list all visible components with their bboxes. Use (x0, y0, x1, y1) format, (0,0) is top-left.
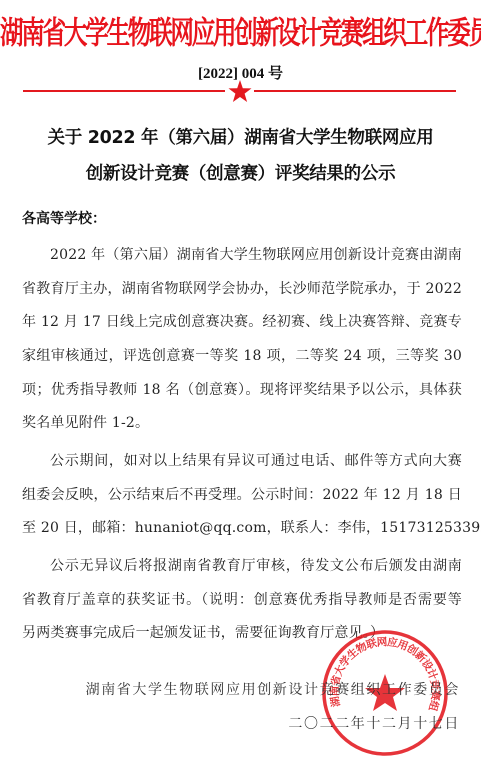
paragraph-3-line-2: 省教育厅盖章的获奖证书。（说明：创意赛优秀指导教师是否需要等 (22, 589, 462, 611)
star-icon (228, 80, 252, 103)
paragraph-2-line-2: 组委会反映，公示结束后不再受理。公示时间：2022 年 12 月 18 日 (22, 484, 462, 506)
signature-organization: 湖南省大学生物联网应用创新设计竞赛组织工作委员会 (86, 679, 460, 699)
paragraph-1-line-3: 年 12 月 17 日线上完成创意赛决赛。经初赛、线上决赛答辩、竞赛专 (22, 311, 462, 333)
document-title-line-1: 关于 2022 年（第六届）湖南省大学生物联网应用 (0, 124, 481, 149)
paragraph-1-line-2: 省教育厅主办，湖南省物联网学会协办，长沙师范学院承办，于 2022 (22, 278, 462, 300)
paragraph-1-line-6: 奖名单见附件 1-2。 (22, 412, 462, 434)
signature-date: 二〇二二年十二月十七日 (288, 713, 460, 733)
salutation: 各高等学校： (22, 208, 106, 228)
red-divider-right (254, 90, 456, 92)
red-divider-left (23, 90, 225, 92)
masthead-title: 湖南省大学生物联网应用创新设计竞赛组织工作委员会 (0, 12, 481, 54)
paragraph-3-line-1: 公示无异议后将报湖南省教育厅审核，待发文公布后颁发由湖南 (50, 555, 462, 577)
document-title-line-2: 创新设计竞赛（创意赛）评奖结果的公示 (0, 160, 481, 185)
paragraph-1-line-5: 项；优秀指导教师 18 名（创意赛）。现将评奖结果予以公示，具体获 (22, 379, 462, 401)
paragraph-1-line-1: 2022 年（第六届）湖南省大学生物联网应用创新设计竞赛由湖南 (50, 244, 462, 266)
paragraph-2-line-3: 至 20 日，邮箱：hunaniot@qq.com，联系人：李伟，1517312… (22, 517, 462, 539)
paragraph-1-line-4: 家组审核通过，评选创意赛一等奖 18 项，二等奖 24 项，三等奖 30 (22, 345, 462, 367)
paragraph-2-line-1: 公示期间，如对以上结果有异议可通过电话、邮件等方式向大赛 (50, 450, 462, 472)
